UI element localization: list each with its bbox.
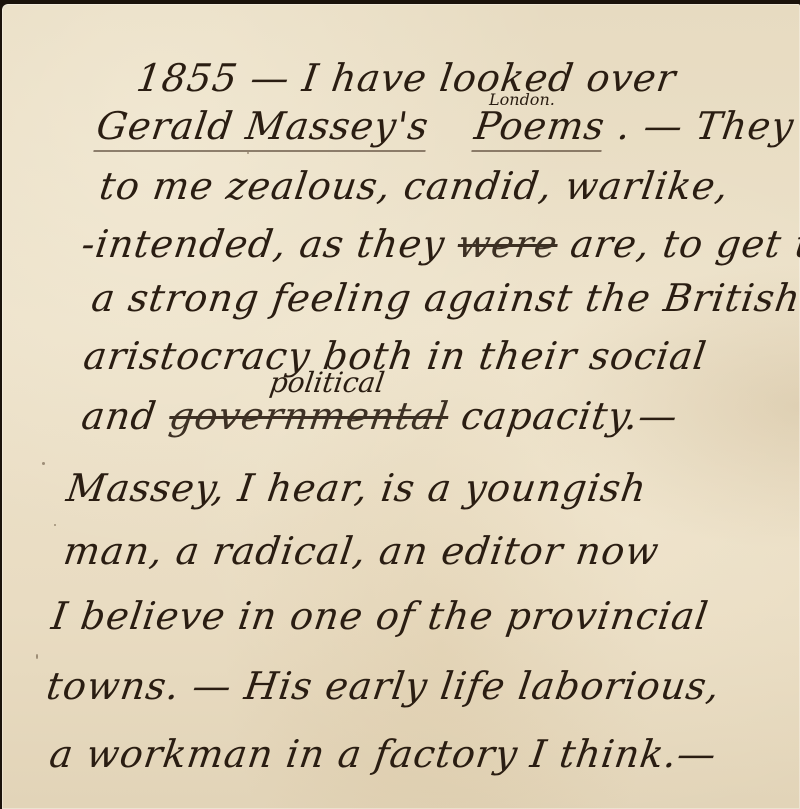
text-line-5: a strong feeling against the British <box>89 276 800 320</box>
line-text: I believe in one of the provincial <box>49 594 712 638</box>
line-text: 1855 — I have looked over <box>134 56 679 100</box>
paper-speck <box>36 654 38 659</box>
text-line-12: a workman in a factory I think.— <box>47 732 720 776</box>
line-text: capacity.— <box>458 394 680 438</box>
line-text: aristocracy both in their social <box>81 334 710 378</box>
line-text: a strong feeling against the British <box>89 276 800 320</box>
manuscript-page: 1855 — I have looked over London. Gerald… <box>2 4 800 809</box>
paper-speck <box>247 152 249 154</box>
line-text: . — They seem <box>615 104 800 148</box>
text-line-9: man, a radical, an editor now <box>61 529 662 573</box>
text-line-11: towns. — His early life laborious, <box>44 664 723 708</box>
text-line-7: and governmental capacity.— <box>79 394 681 438</box>
text-line-4: -intended, as they were are, to get up <box>79 222 800 266</box>
line-text: a workman in a factory I think.— <box>47 732 720 776</box>
text-line-2: Gerald Massey's Poems . — They seem <box>94 104 800 148</box>
line-text: Massey, I hear, is a youngish <box>64 466 650 510</box>
line-text: to me zealous, candid, warlike, <box>97 164 732 208</box>
text-line-1: 1855 — I have looked over <box>134 56 679 100</box>
text-line-10: I believe in one of the provincial <box>49 594 712 638</box>
text-line-3: to me zealous, candid, warlike, <box>97 164 732 208</box>
struck-word: were <box>455 222 561 266</box>
title-poems-underlined: Poems <box>471 104 608 152</box>
paper-speck <box>42 462 45 465</box>
line-text: -intended, as they <box>79 222 448 266</box>
paper-speck <box>54 524 56 526</box>
line-text: towns. — His early life laborious, <box>44 664 723 708</box>
struck-word: governmental <box>166 394 451 438</box>
line-text: man, a radical, an editor now <box>61 529 662 573</box>
line-text: are, to get up <box>568 222 800 266</box>
text-line-8: Massey, I hear, is a youngish <box>64 466 650 510</box>
author-name-underlined: Gerald Massey's <box>93 104 431 152</box>
text-line-6: aristocracy both in their social <box>81 334 710 378</box>
line-text: and <box>79 394 160 438</box>
